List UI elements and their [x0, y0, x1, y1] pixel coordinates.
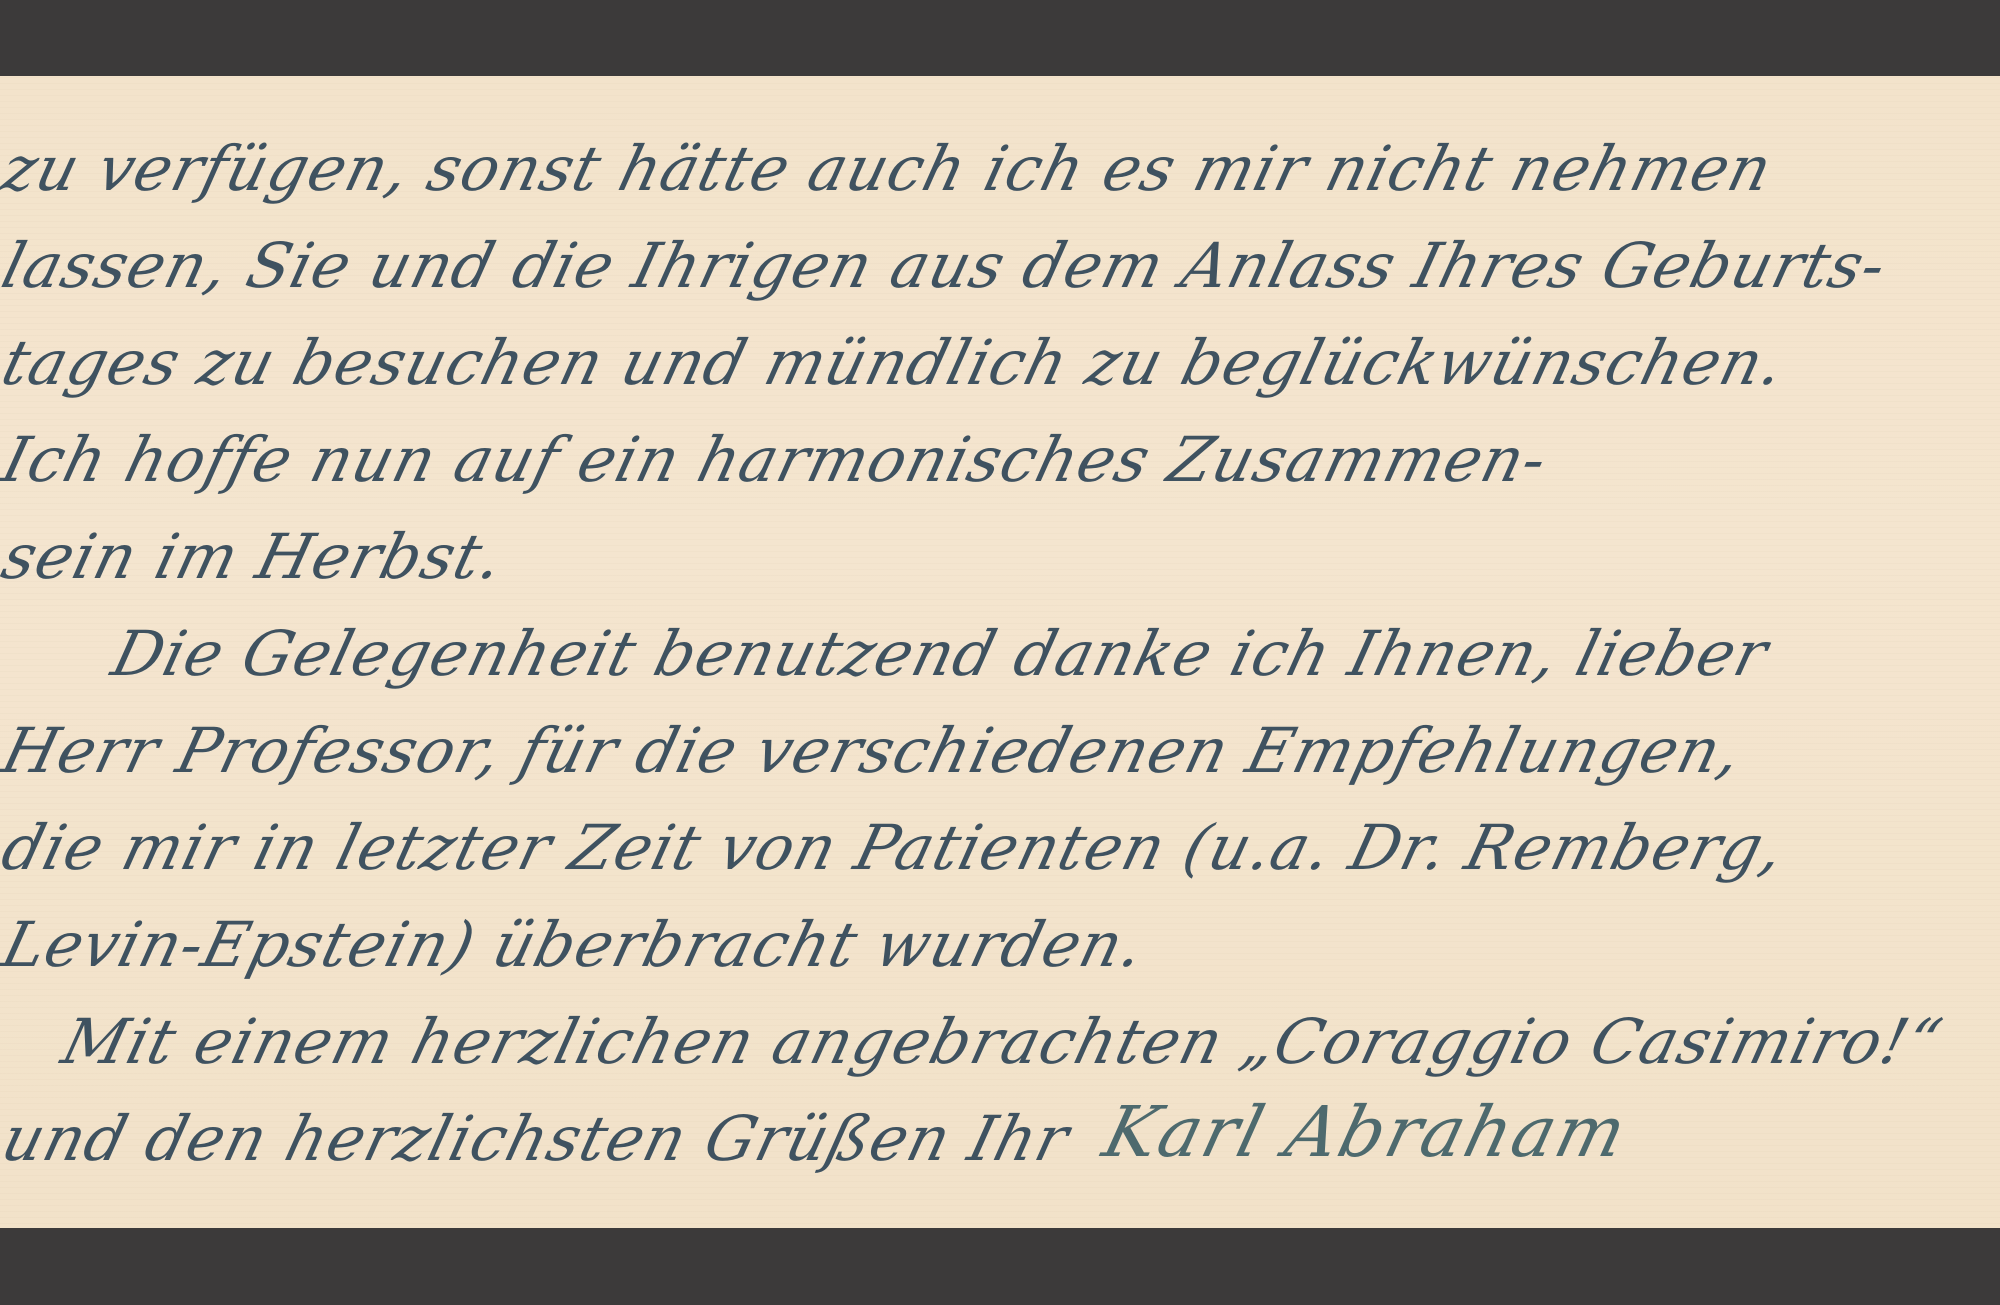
letter-line-11: und den herzlichsten Grüßen Ihr Karl Abr… — [0, 1090, 2000, 1187]
letter-line-8: die mir in letzter Zeit von Patienten (u… — [0, 799, 2000, 896]
letter-line-2: lassen, Sie und die Ihrigen aus dem Anla… — [0, 217, 2000, 314]
letter-line-9: Levin-Epstein) überbracht wurden. — [0, 896, 2000, 993]
scan-border-top — [0, 0, 2000, 78]
letter-line-6: Die Gelegenheit benutzend danke ich Ihne… — [0, 605, 2000, 702]
letter-line-4: Ich hoffe nun auf ein harmonisches Zusam… — [0, 411, 2000, 508]
letter-paper: zu verfügen, sonst hätte auch ich es mir… — [0, 76, 2000, 1230]
letter-line-7: Herr Professor, für die verschiedenen Em… — [0, 702, 2000, 799]
letter-line-3: tages zu besuchen und mündlich zu beglüc… — [0, 314, 2000, 411]
closing-text: und den herzlichsten Grüßen Ihr — [0, 1102, 1077, 1175]
scanned-letter: zu verfügen, sonst hätte auch ich es mir… — [0, 0, 2000, 1305]
letter-body: zu verfügen, sonst hätte auch ich es mir… — [0, 120, 2000, 1187]
letter-line-1: zu verfügen, sonst hätte auch ich es mir… — [0, 120, 2000, 217]
letter-line-5: sein im Herbst. — [0, 508, 2000, 605]
signature: Karl Abraham — [1093, 1084, 1637, 1181]
scan-border-bottom — [0, 1228, 2000, 1305]
letter-line-10: Mit einem herzlichen angebrachten „Corag… — [0, 993, 2000, 1090]
